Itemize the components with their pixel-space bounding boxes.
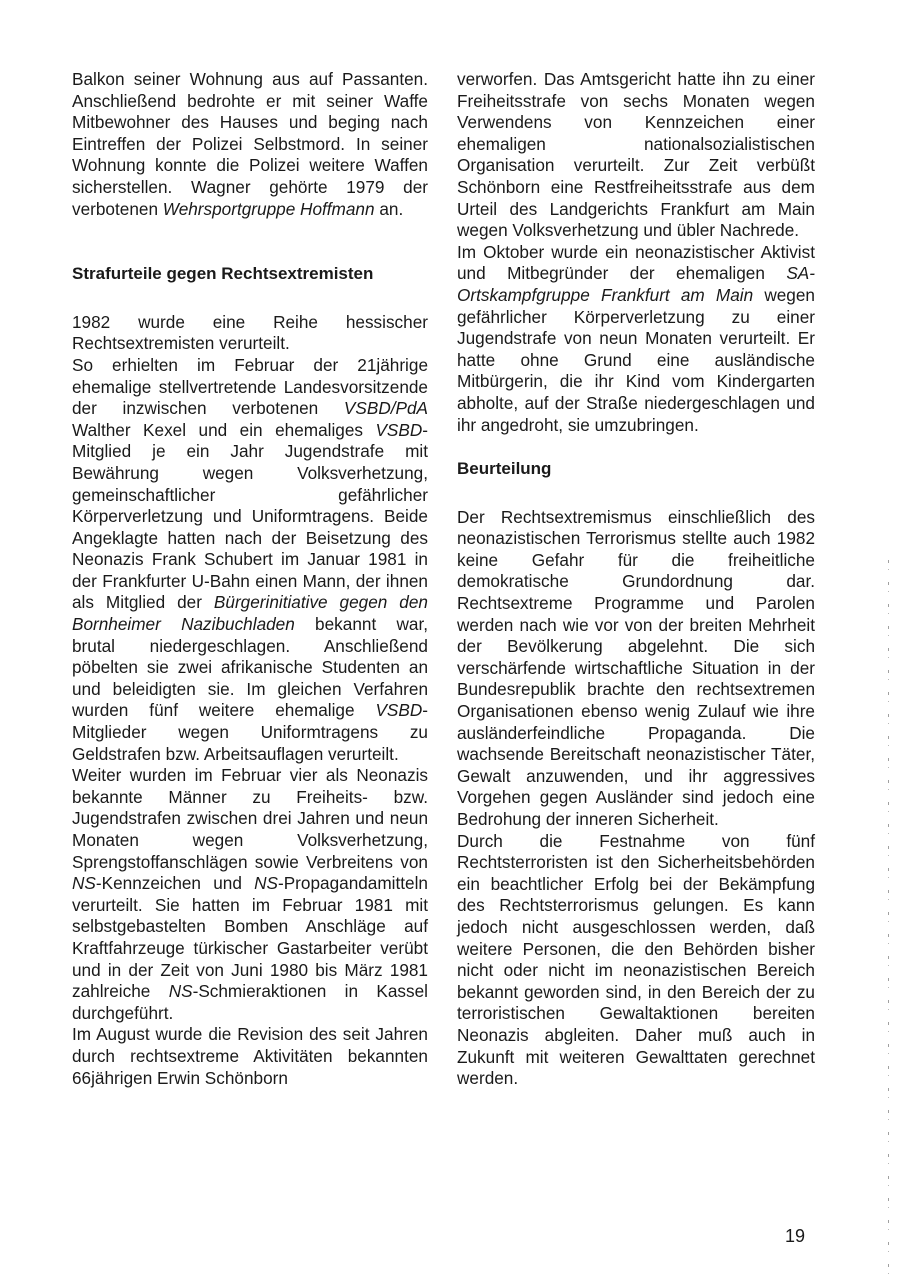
paragraph-text: -Kennzeichen und: [96, 873, 254, 893]
paragraph: Im Oktober wurde ein neonazistischer Akt…: [457, 242, 815, 436]
organization-name: VSBD: [375, 700, 422, 720]
right-column: verworfen. Das Amtsgericht hatte ihn zu …: [457, 69, 815, 1090]
abbreviation: NS: [72, 873, 96, 893]
paragraph: Weiter wurden im Februar vier als Neonaz…: [72, 765, 428, 1024]
left-column: Balkon seiner Wohnung aus auf Passanten.…: [72, 69, 428, 1089]
paragraph-text: an.: [375, 199, 404, 219]
organization-name: VSBD/PdA: [344, 398, 428, 418]
paragraph: Im August wurde die Revision des seit Ja…: [72, 1024, 428, 1089]
scan-edge-artifact: [888, 560, 889, 1276]
paragraph: So erhielten im Februar der 21jährige eh…: [72, 355, 428, 765]
section-heading: Strafurteile gegen Rechtsextremisten: [72, 263, 428, 285]
paragraph-text: Im Oktober wurde ein neonazistischer Akt…: [457, 242, 815, 284]
abbreviation: NS: [254, 873, 278, 893]
page-number: 19: [785, 1226, 805, 1247]
document-page: Balkon seiner Wohnung aus auf Passanten.…: [0, 0, 900, 1276]
paragraph-text: -Mitglied je ein Jahr Jugendstrafe mit B…: [72, 420, 428, 613]
section-heading: Beurteilung: [457, 458, 815, 480]
paragraph: verworfen. Das Amtsgericht hatte ihn zu …: [457, 69, 815, 242]
organization-name: Wehrsportgruppe Hoffmann: [163, 199, 375, 219]
paragraph: Durch die Festnahme von fünf Rechtsterro…: [457, 831, 815, 1090]
paragraph: Der Rechtsextremismus einschließlich des…: [457, 507, 815, 831]
paragraph-text: Balkon seiner Wohnung aus auf Passanten.…: [72, 69, 428, 219]
paragraph: Balkon seiner Wohnung aus auf Passanten.…: [72, 69, 428, 220]
paragraph-text: Walther Kexel und ein ehemaliges: [72, 420, 375, 440]
paragraph-text: wegen gefährlicher Körperverletzung zu e…: [457, 285, 815, 435]
paragraph: 1982 wurde eine Reihe hessischer Rechtse…: [72, 312, 428, 355]
paragraph-text: Weiter wurden im Februar vier als Neonaz…: [72, 765, 428, 871]
abbreviation: NS: [169, 981, 193, 1001]
organization-name: VSBD: [375, 420, 422, 440]
